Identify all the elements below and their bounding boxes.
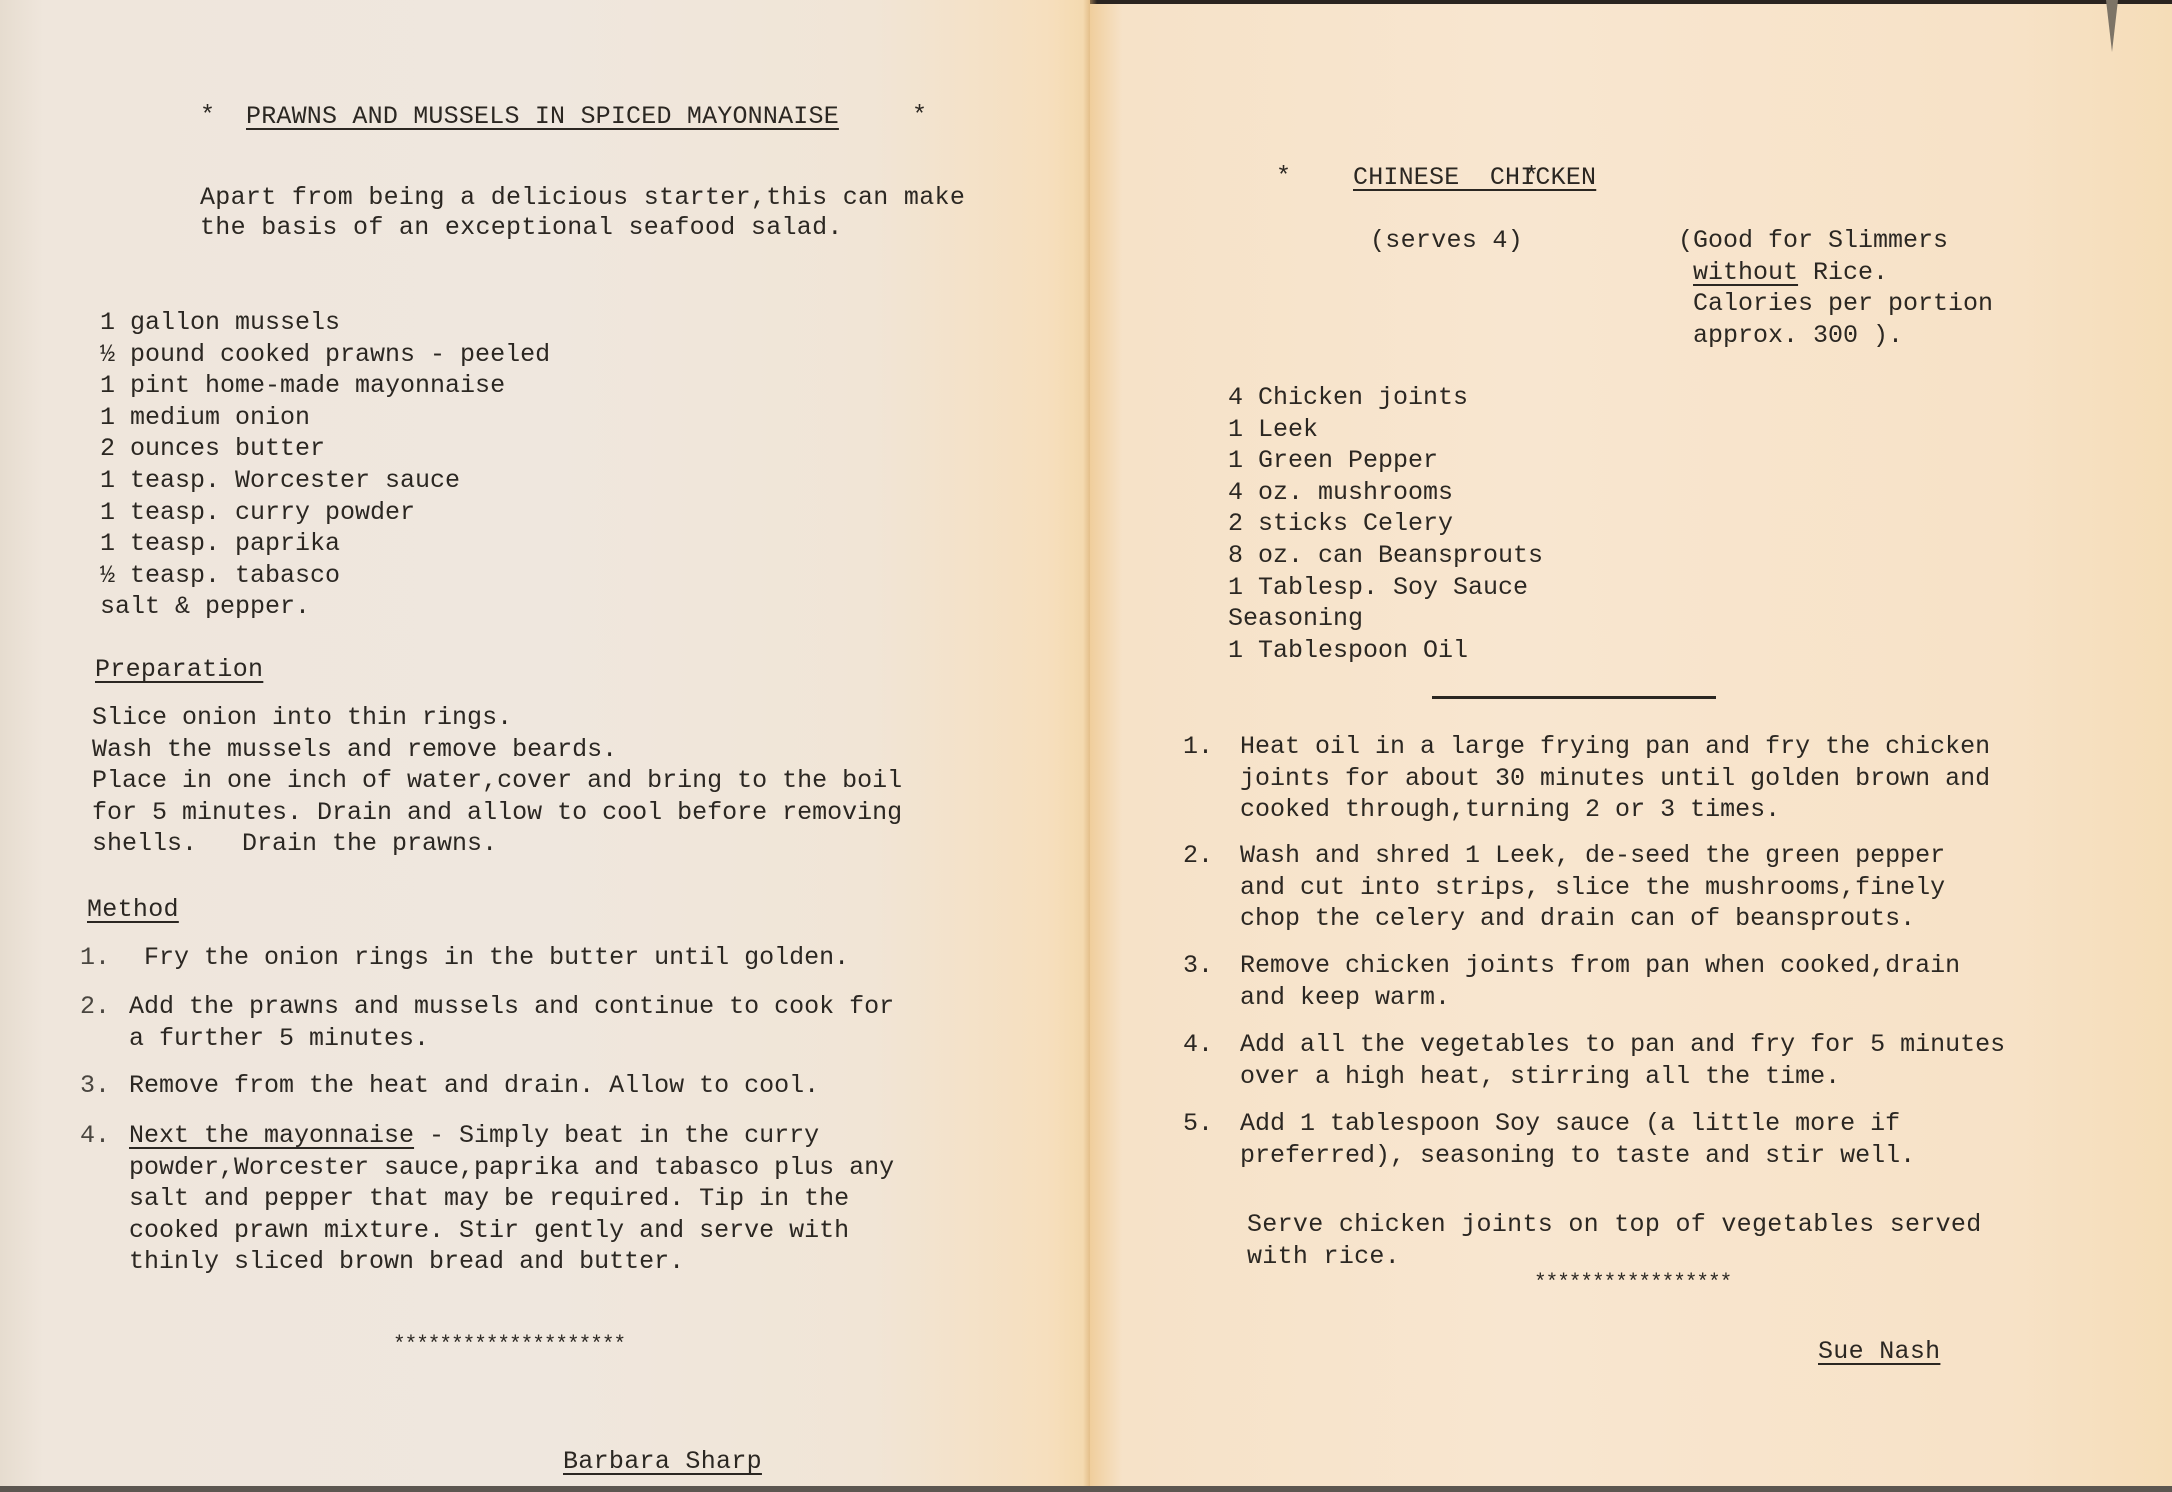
right-page: * CHINESE CHICKEN * (serves 4) (Good for… xyxy=(1090,4,2172,1490)
preparation-line: for 5 minutes. Drain and allow to cool b… xyxy=(92,797,902,829)
note-line: without Rice. xyxy=(1678,257,1993,289)
ingredient-item: 2 sticks Celery xyxy=(1228,508,1543,540)
separator: ***************** xyxy=(1534,1268,1731,1300)
author-signature: Barbara Sharp xyxy=(563,1446,762,1478)
step-number: 5. xyxy=(1183,1108,1213,1140)
ingredient-item: 1 gallon mussels xyxy=(100,307,550,339)
separator: ******************** xyxy=(393,1330,625,1362)
method-heading: Method xyxy=(87,894,179,926)
step-text: Remove chicken joints from pan when cook… xyxy=(1240,950,1960,1013)
preparation-heading: Preparation xyxy=(95,654,263,686)
preparation-line: Slice onion into thin rings. xyxy=(92,702,902,734)
ingredient-item: ½ teasp. tabasco xyxy=(100,560,550,592)
preparation-line: shells. Drain the prawns. xyxy=(92,828,902,860)
ingredient-item: Seasoning xyxy=(1228,603,1543,635)
step-number: 4. xyxy=(1183,1029,1213,1061)
step-number: 2. xyxy=(80,991,110,1023)
ingredient-item: 1 Green Pepper xyxy=(1228,445,1543,477)
ingredient-item: 1 teasp. curry powder xyxy=(100,497,550,529)
step-text: Wash and shred 1 Leek, de-seed the green… xyxy=(1240,840,1945,935)
note-emphasis: without xyxy=(1693,258,1798,287)
step-number: 3. xyxy=(80,1070,110,1102)
preparation-text: Slice onion into thin rings.Wash the mus… xyxy=(92,702,902,860)
author-signature: Sue Nash xyxy=(1818,1336,1940,1368)
ingredient-item: 1 Leek xyxy=(1228,414,1543,446)
step-text: Heat oil in a large frying pan and fry t… xyxy=(1240,731,1990,826)
ingredient-item: 1 teasp. paprika xyxy=(100,528,550,560)
serving-suggestion: Serve chicken joints on top of vegetable… xyxy=(1247,1209,1982,1272)
note-line: (Good for Slimmers xyxy=(1678,225,1993,257)
ingredient-item: 1 medium onion xyxy=(100,402,550,434)
ingredient-item: 1 pint home-made mayonnaise xyxy=(100,370,550,402)
title-ornament-right: * xyxy=(912,101,927,130)
preparation-line: Wash the mussels and remove beards. xyxy=(92,734,902,766)
step-number: 4. xyxy=(80,1120,110,1152)
step-text: Remove from the heat and drain. Allow to… xyxy=(129,1070,819,1102)
note-line: Calories per portion xyxy=(1678,288,1993,320)
title-ornament-left: * xyxy=(1276,162,1291,191)
ingredient-item: 1 Tablesp. Soy Sauce xyxy=(1228,572,1543,604)
step-number: 1. xyxy=(1183,731,1213,763)
ingredient-item: ½ pound cooked prawns - peeled xyxy=(100,339,550,371)
title-ornament-right: * xyxy=(1524,162,1539,191)
ingredient-item: 2 ounces butter xyxy=(100,433,550,465)
ingredient-item: 1 teasp. Worcester sauce xyxy=(100,465,550,497)
step-text: Fry the onion rings in the butter until … xyxy=(129,942,849,974)
step-number: 3. xyxy=(1183,950,1213,982)
page-bottom-edge xyxy=(0,1486,2172,1492)
intro-line: Apart from being a delicious starter,thi… xyxy=(200,182,965,214)
step-number: 2. xyxy=(1183,840,1213,872)
step-emphasis: Next the mayonnaise xyxy=(129,1121,414,1150)
ingredients-list: 1 gallon mussels½ pound cooked prawns - … xyxy=(100,307,550,623)
section-divider xyxy=(1432,696,1716,699)
page-tab-marker xyxy=(2106,0,2118,52)
step-text: Next the mayonnaise - Simply beat in the… xyxy=(129,1120,894,1278)
note-line: approx. 300 ). xyxy=(1678,320,1993,352)
preparation-line: Place in one inch of water,cover and bri… xyxy=(92,765,902,797)
ingredient-item: salt & pepper. xyxy=(100,591,550,623)
recipe-title: CHINESE CHICKEN xyxy=(1353,162,1596,194)
recipe-title: PRAWNS AND MUSSELS IN SPICED MAYONNAISE xyxy=(246,101,839,133)
ingredient-item: 4 Chicken joints xyxy=(1228,382,1543,414)
slimmers-note: (Good for Slimmers without Rice. Calorie… xyxy=(1678,225,1993,351)
ingredient-item: 4 oz. mushrooms xyxy=(1228,477,1543,509)
title-ornament-left: * xyxy=(200,101,215,130)
step-text: Add all the vegetables to pan and fry fo… xyxy=(1240,1029,2005,1092)
ingredients-list: 4 Chicken joints1 Leek1 Green Pepper4 oz… xyxy=(1228,382,1543,666)
step-text: Add the prawns and mussels and continue … xyxy=(129,991,894,1054)
ingredient-item: 1 Tablespoon Oil xyxy=(1228,635,1543,667)
step-number: 1. xyxy=(80,942,110,974)
serves-note: (serves 4) xyxy=(1370,225,1523,257)
ingredient-item: 8 oz. can Beansprouts xyxy=(1228,540,1543,572)
step-text: Add 1 tablespoon Soy sauce (a little mor… xyxy=(1240,1108,1915,1171)
left-page: * PRAWNS AND MUSSELS IN SPICED MAYONNAIS… xyxy=(0,0,1090,1486)
intro-line: the basis of an exceptional seafood sala… xyxy=(200,212,843,244)
